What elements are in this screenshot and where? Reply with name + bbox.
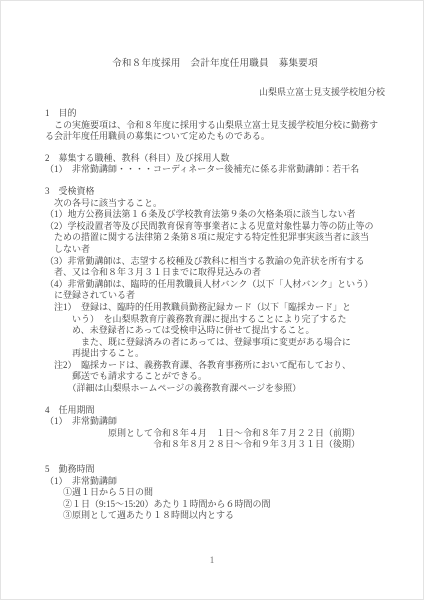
- doc-note-line: 注1） 登録は、臨時的任用教職員勤務記録カード（以下「臨採カード」と: [45, 302, 385, 314]
- doc-line: （1）地方公務員法第１６条及び学校教育法第９条の欠格条項に該当しない者: [45, 209, 385, 221]
- doc-line: ①週１日から５日の間: [45, 487, 385, 499]
- doc-line: しない者: [45, 244, 385, 256]
- section-heading: 4 任用期間: [45, 405, 385, 417]
- section-purpose: 1 目的 この実施要項は、令和８年度に採用する山梨県立富士見支援学校旭分校に勤務…: [45, 108, 385, 143]
- doc-note-line: （詳細は山梨県ホームページの義務教育課ページを参照）: [45, 383, 385, 395]
- doc-line: （2）学校設置者等及び民間教育保育等事業者による児童対象性暴力等の防止等の: [45, 221, 385, 233]
- doc-note-line: 郵送でも請求することができる。: [45, 371, 385, 383]
- school-name: 山梨県立富士見支援学校旭分校: [45, 86, 385, 98]
- doc-line: 者、又は令和８年３月３１日までに取得見込みの者: [45, 267, 385, 279]
- section-working-hours: 5 勤務時間 （1） 非常勤講師 ①週１日から５日の間 ②１日（9:15～15:…: [45, 464, 385, 522]
- document-title: 令和８年度採用 会計年度任用職員 募集要項: [45, 58, 385, 70]
- section-heading: 2 募集する職種、教科（科目）及び採用人数: [45, 153, 385, 165]
- doc-line: ②１日（9:15～15:20）あたり１時間から６時間の間: [45, 499, 385, 511]
- section-appointment-period: 4 任用期間 （1） 非常勤講師 原則として令和８年４月 １日～令和８年７月２２…: [45, 405, 385, 451]
- doc-note-line: 注2） 臨採カードは、義務教育課、各教育事務所において配布しており、: [45, 360, 385, 372]
- doc-line: ③原則として週あたり１８時間以内とする: [45, 510, 385, 522]
- document-page: 令和８年度採用 会計年度任用職員 募集要項 山梨県立富士見支援学校旭分校 1 目…: [0, 0, 424, 600]
- doc-note-line: め、未登録者にあっては受検申込時に併せて提出すること。: [45, 325, 385, 337]
- doc-line: （1） 非常勤講師: [45, 416, 385, 428]
- doc-line: に登録されている者: [45, 290, 385, 302]
- doc-line: （1） 非常勤講師・・・・コーディネーター後補充に係る非常勤講師：若干名: [45, 164, 385, 176]
- doc-line: ための措置に関する法律第２条第８項に規定する特定性犯罪事実該当者に該当: [45, 232, 385, 244]
- section-heading: 1 目的: [45, 108, 385, 120]
- doc-note-line: また、既に登録済みの者にあっては、登録事項に変更がある場合に: [45, 337, 385, 349]
- section-positions: 2 募集する職種、教科（科目）及び採用人数 （1） 非常勤講師・・・・コーディネ…: [45, 153, 385, 176]
- doc-line: る会計年度任用職員の募集について定めたものである。: [45, 131, 385, 143]
- section-heading: 3 受検資格: [45, 186, 385, 198]
- doc-line: （1） 非常勤講師: [45, 476, 385, 488]
- section-eligibility: 3 受検資格 次の各号に該当すること。 （1）地方公務員法第１６条及び学校教育法…: [45, 186, 385, 395]
- doc-line: （3）非常勤講師は、志望する校種及び教科に相当する教諭の免許状を所有する: [45, 256, 385, 268]
- doc-line: 令和８年８月２８日～令和９年３月３１日（後期）: [45, 439, 385, 451]
- doc-line: （4）非常勤講師は、臨時的任用教職員人材バンク（以下「人材バンク」という）: [45, 279, 385, 291]
- doc-note-line: いう） を山梨県教育庁義務教育課に提出することにより完了するた: [45, 314, 385, 326]
- doc-line: 原則として令和８年４月 １日～令和８年７月２２日（前期）: [45, 428, 385, 440]
- doc-line: この実施要項は、令和８年度に採用する山梨県立富士見支援学校旭分校に勤務す: [45, 120, 385, 132]
- doc-note-line: 再提出すること。: [45, 348, 385, 360]
- page-number: 1: [1, 555, 423, 565]
- doc-line: 次の各号に該当すること。: [45, 198, 385, 210]
- document-content: 令和８年度採用 会計年度任用職員 募集要項 山梨県立富士見支援学校旭分校 1 目…: [45, 58, 385, 522]
- section-heading: 5 勤務時間: [45, 464, 385, 476]
